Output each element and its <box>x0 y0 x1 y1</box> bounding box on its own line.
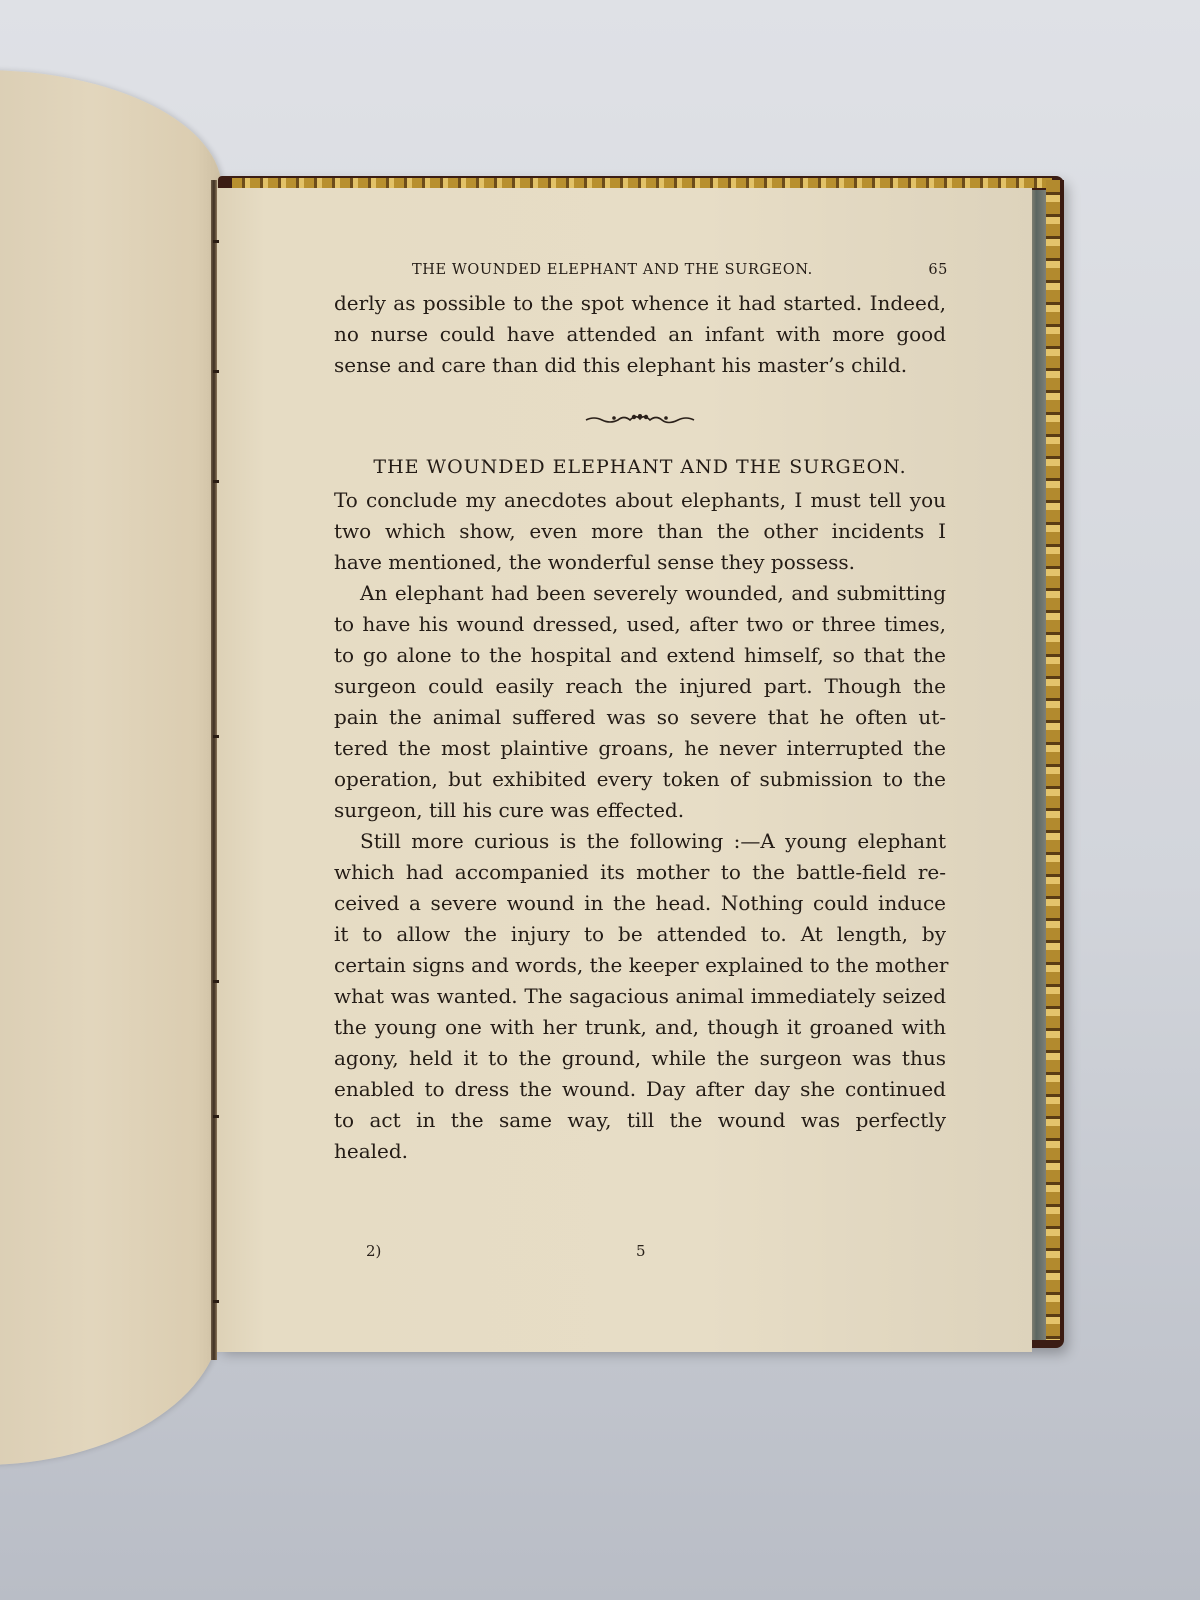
page-text-block: THE WOUNDED ELEPHANT AND THE SURGEON. 65… <box>334 256 946 1167</box>
text-line: it to allow the injury to be attended to… <box>334 919 946 950</box>
text-line: to act in the same way, till the wound w… <box>334 1105 946 1136</box>
text-line: what was wanted. The sagacious animal im… <box>334 981 946 1012</box>
text-line: To conclude my anecdotes about elephants… <box>334 485 946 516</box>
signature-mark-right: 5 <box>636 1242 646 1260</box>
text-line: sense and care than did this elephant hi… <box>334 350 946 381</box>
text-line: surgeon, till his cure was effected. <box>334 795 946 826</box>
text-line: derly as possible to the spot whence it … <box>334 288 946 319</box>
book-photo: THE WOUNDED ELEPHANT AND THE SURGEON. 65… <box>0 0 1200 1600</box>
text-line: to go alone to the hospital and extend h… <box>334 640 946 671</box>
text-line: to have his wound dressed, used, after t… <box>334 609 946 640</box>
paragraph-2: An elephant had been severely wounded, a… <box>334 578 946 826</box>
text-line: ceived a severe wound in the head. Nothi… <box>334 888 946 919</box>
left-page-blank <box>0 70 222 1465</box>
gilt-fore-edge <box>1046 180 1064 1340</box>
signature-mark-left: 2) <box>366 1242 381 1260</box>
decorative-vine-ornament-icon <box>334 411 946 431</box>
binding-stitch <box>213 370 219 373</box>
text-line: surgeon could easily reach the injured p… <box>334 671 946 702</box>
text-line: the young one with her trunk, and, thoug… <box>334 1012 946 1043</box>
gilt-top-edge <box>232 178 1052 188</box>
text-line: certain signs and words, the keeper expl… <box>334 950 946 981</box>
text-line: Still more curious is the following :—A … <box>334 826 946 857</box>
text-line: which had accompanied its mother to the … <box>334 857 946 888</box>
right-page: THE WOUNDED ELEPHANT AND THE SURGEON. 65… <box>216 188 1032 1352</box>
text-line: pain the animal suffered was so severe t… <box>334 702 946 733</box>
book-gutter <box>211 180 217 1360</box>
paragraph-3: Still more curious is the following :—A … <box>334 826 946 1167</box>
binding-stitch <box>213 1115 219 1118</box>
printer-signature-marks: 2) 5 <box>366 1242 666 1266</box>
binding-stitch <box>213 240 219 243</box>
text-line: tered the most plaintive groans, he neve… <box>334 733 946 764</box>
text-line: two which show, even more than the other… <box>334 516 946 547</box>
section-title: THE WOUNDED ELEPHANT AND THE SURGEON. <box>334 449 946 485</box>
running-head-title: THE WOUNDED ELEPHANT AND THE SURGEON. <box>412 262 813 278</box>
text-line: agony, held it to the ground, while the … <box>334 1043 946 1074</box>
text-line: have mentioned, the wonderful sense they… <box>334 547 946 578</box>
binding-stitch <box>213 480 219 483</box>
page-number: 65 <box>928 262 948 278</box>
binding-stitch <box>213 735 219 738</box>
text-line: no nurse could have attended an infant w… <box>334 319 946 350</box>
text-line: healed. <box>334 1136 946 1167</box>
running-head: THE WOUNDED ELEPHANT AND THE SURGEON. 65 <box>334 256 946 288</box>
text-line: An elephant had been severely wounded, a… <box>334 578 946 609</box>
binding-stitch <box>213 980 219 983</box>
text-line: enabled to dress the wound. Day after da… <box>334 1074 946 1105</box>
text-line: operation, but exhibited every token of … <box>334 764 946 795</box>
binding-stitch <box>213 1300 219 1303</box>
continuation-paragraph: derly as possible to the spot whence it … <box>334 288 946 381</box>
page-block-edge <box>1030 190 1046 1340</box>
paragraph-1: To conclude my anecdotes about elephants… <box>334 485 946 578</box>
